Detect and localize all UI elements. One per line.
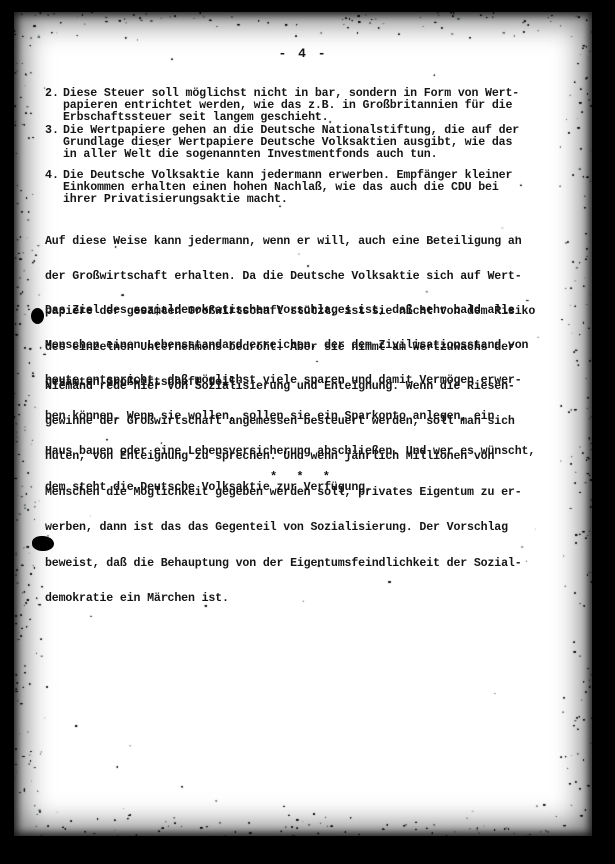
paragraph-line: Menschen die Möglichkeit gegeben werden …: [45, 487, 565, 499]
paragraph-line: demokratie ein Märchen ist.: [45, 593, 565, 605]
paragraph-line: werben, dann ist das das Gegenteil von S…: [45, 522, 565, 534]
section-separator: * * *: [14, 470, 592, 484]
page-number: - 4 -: [14, 46, 592, 61]
paragraph-line: Niemand rede hier von Sozialisierung und…: [45, 381, 565, 393]
item-number: 4.: [45, 170, 59, 182]
paragraph-socialization: Niemand rede hier von Sozialisierung und…: [45, 357, 565, 628]
paragraph-line: Das Ziel des sozialdemokratischen Vorsch…: [45, 305, 565, 317]
item-line: ihrer Privatisierungsaktie macht.: [63, 194, 288, 206]
item-number: 3.: [45, 125, 59, 137]
paragraph-line: Auf diese Weise kann jedermann, wenn er …: [45, 236, 565, 248]
document-page: - 4 - 2. Diese Steuer soll möglichst nic…: [14, 12, 592, 836]
item-line: in aller Welt die sogenannten Investment…: [63, 149, 437, 161]
ink-blot: [32, 536, 54, 551]
item-number: 2.: [45, 88, 59, 100]
paragraph-line: beweist, daß die Behauptung von der Eige…: [45, 558, 565, 570]
ink-blot: [31, 308, 44, 324]
paragraph-line: Menschen einen Lebensstandard erreichen,…: [45, 340, 565, 352]
paragraph-line: hüten, von Enteignung zu sprechen. Und w…: [45, 451, 565, 463]
paragraph-line: gewinne der Großwirtschaft angemessen be…: [45, 416, 565, 428]
item-line: Erbschaftssteuer seit langem geschieht.: [63, 112, 329, 124]
